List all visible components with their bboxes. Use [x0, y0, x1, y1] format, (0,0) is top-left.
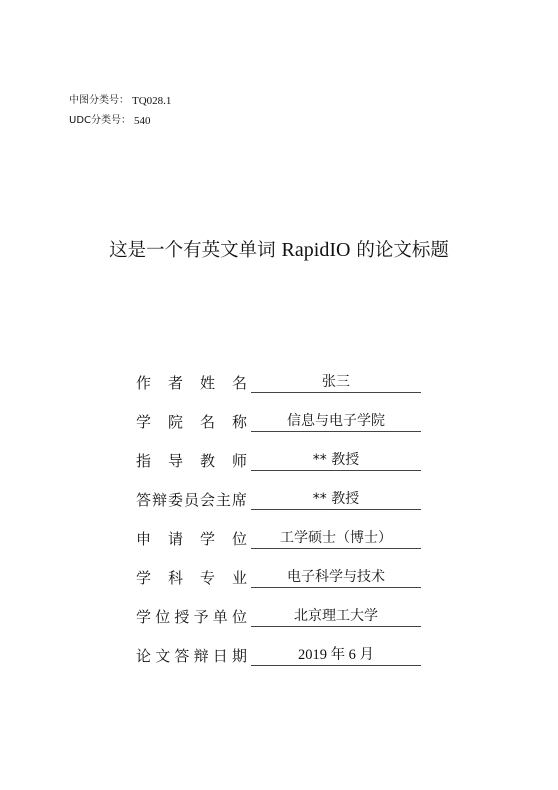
thesis-info-table: 作 者 姓 名 张三 学 院 名 称 信息与电子学院 指 导 教 师 ** 教授… — [136, 371, 426, 683]
label-char: 予 — [194, 607, 209, 627]
label-char: 主 — [216, 490, 231, 510]
label-char: 员 — [184, 490, 199, 510]
label-char: 业 — [232, 568, 247, 588]
info-value-degree-grantor: 北京理工大学 — [251, 607, 421, 627]
info-row-degree: 申 请 学 位 工学硕士（博士） — [136, 527, 426, 549]
label-char: 称 — [232, 412, 247, 432]
udc-number-row: UDC分类号： 540 — [69, 111, 171, 131]
info-value-author: 张三 — [251, 373, 421, 393]
label-char: 会 — [200, 490, 215, 510]
label-char: 日 — [213, 646, 228, 666]
info-row-committee-chair: 答 辩 委 员 会 主 席 ** 教授 — [136, 488, 426, 510]
clc-number-label: 中图分类号： — [69, 91, 129, 111]
label-char: 姓 — [200, 373, 215, 393]
info-row-degree-grantor: 学 位 授 予 单 位 北京理工大学 — [136, 605, 426, 627]
label-char: 专 — [200, 568, 215, 588]
label-char: 名 — [200, 412, 215, 432]
info-label-major: 学 科 专 业 — [136, 568, 247, 588]
info-label-degree-grantor: 学 位 授 予 单 位 — [136, 607, 247, 627]
info-row-school: 学 院 名 称 信息与电子学院 — [136, 410, 426, 432]
udc-number-label: UDC分类号： — [69, 111, 131, 131]
label-char: 答 — [174, 646, 189, 666]
label-char: 请 — [168, 529, 183, 549]
label-char: 科 — [168, 568, 183, 588]
label-char: 委 — [168, 490, 183, 510]
label-char: 教 — [200, 451, 215, 471]
label-char: 导 — [168, 451, 183, 471]
label-char: 位 — [232, 607, 247, 627]
label-char: 院 — [168, 412, 183, 432]
label-char: 学 — [136, 568, 151, 588]
udc-number-value: 540 — [134, 111, 151, 131]
thesis-title-prefix: 这是一个有英文单词 — [109, 240, 281, 261]
label-char: 文 — [155, 646, 170, 666]
label-char: 指 — [136, 451, 151, 471]
info-label-school: 学 院 名 称 — [136, 412, 247, 432]
info-label-supervisor: 指 导 教 师 — [136, 451, 247, 471]
label-char: 辩 — [152, 490, 167, 510]
label-char: 位 — [232, 529, 247, 549]
label-char: 位 — [155, 607, 170, 627]
label-char: 师 — [232, 451, 247, 471]
info-label-committee-chair: 答 辩 委 员 会 主 席 — [136, 490, 247, 510]
clc-number-row: 中图分类号： TQ028.1 — [69, 91, 171, 111]
info-row-defense-date: 论 文 答 辩 日 期 2019 年 6 月 — [136, 644, 426, 666]
label-char: 名 — [232, 373, 247, 393]
label-char: 申 — [136, 529, 151, 549]
info-value-school: 信息与电子学院 — [251, 412, 421, 432]
info-value-degree: 工学硕士（博士） — [251, 529, 421, 549]
label-char: 学 — [136, 412, 151, 432]
label-char: 单 — [213, 607, 228, 627]
thesis-title-latin: RapidIO — [282, 239, 351, 261]
label-char: 论 — [136, 646, 151, 666]
info-row-supervisor: 指 导 教 师 ** 教授 — [136, 449, 426, 471]
label-char: 答 — [136, 490, 151, 510]
label-char: 学 — [200, 529, 215, 549]
info-label-author: 作 者 姓 名 — [136, 373, 247, 393]
label-char: 授 — [174, 607, 189, 627]
info-value-major: 电子科学与技术 — [251, 568, 421, 588]
info-value-committee-chair: ** 教授 — [251, 490, 421, 510]
clc-number-value: TQ028.1 — [132, 91, 171, 111]
info-label-defense-date: 论 文 答 辩 日 期 — [136, 646, 247, 666]
info-value-defense-date: 2019 年 6 月 — [251, 646, 421, 666]
label-char: 作 — [136, 373, 151, 393]
label-char: 席 — [232, 490, 247, 510]
label-char: 辩 — [194, 646, 209, 666]
label-char: 者 — [168, 373, 183, 393]
label-char: 期 — [232, 646, 247, 666]
info-value-supervisor: ** 教授 — [251, 451, 421, 471]
info-row-author: 作 者 姓 名 张三 — [136, 371, 426, 393]
classification-block: 中图分类号： TQ028.1 UDC分类号： 540 — [69, 91, 171, 131]
thesis-title-suffix: 的论文标题 — [350, 240, 448, 261]
thesis-title: 这是一个有英文单词 RapidIO 的论文标题 — [0, 237, 558, 264]
label-char: 学 — [136, 607, 151, 627]
info-label-degree: 申 请 学 位 — [136, 529, 247, 549]
info-row-major: 学 科 专 业 电子科学与技术 — [136, 566, 426, 588]
